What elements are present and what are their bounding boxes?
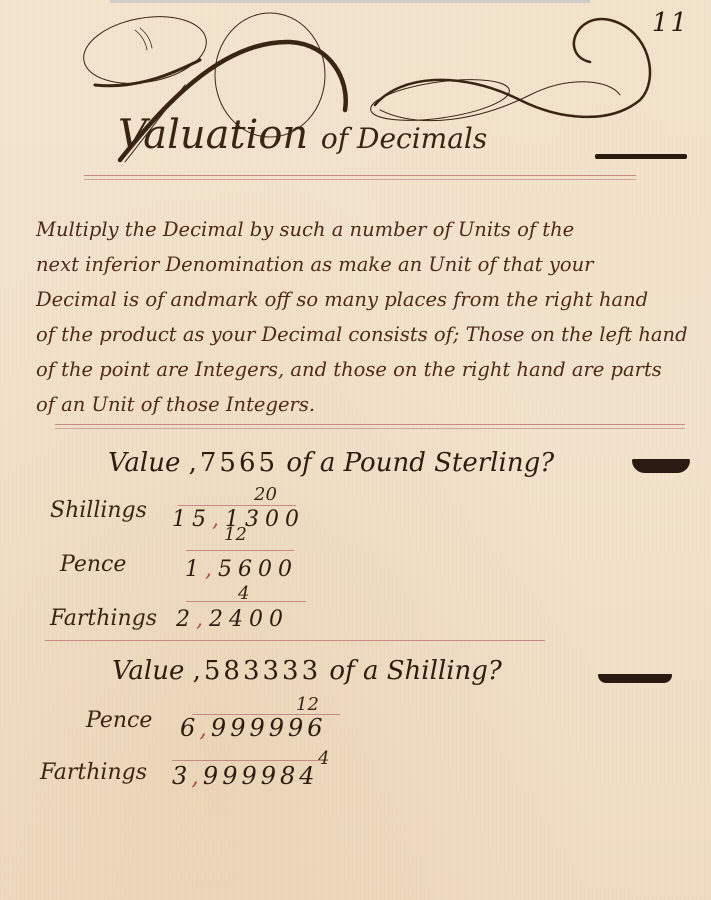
question-decimal: ,7565 (189, 448, 278, 478)
step-label: Pence (60, 552, 126, 577)
step-label: Farthings (40, 760, 147, 785)
decimal-mark: , (205, 557, 218, 582)
step-result: 6,999996 (180, 714, 327, 742)
step-result: 1,5600 (185, 557, 298, 582)
step-result: 3,999984 (172, 762, 319, 790)
multiplication-line (172, 760, 322, 761)
decimal-mark: , (196, 607, 209, 632)
decimal-mark: , (191, 762, 203, 790)
fraction-part: 999984 (203, 762, 319, 790)
step-result: 2,2400 (176, 607, 289, 632)
title-main: Valuation (118, 112, 308, 158)
fraction-part: 5600 (218, 557, 298, 582)
multiplier: 20 (254, 484, 277, 505)
multiplier: 12 (296, 694, 319, 715)
title-underline (84, 175, 636, 176)
step-label: Shillings (50, 498, 147, 523)
multiplication-line (186, 550, 294, 551)
page-title: Valuation of Decimals (118, 112, 487, 158)
multiplication-line (186, 601, 306, 602)
example-1-question: Value ,7565 of a Pound Sterling? (108, 448, 554, 478)
multiplier: 12 (224, 524, 247, 545)
step-label: Farthings (50, 606, 157, 631)
rule-line: Multiply the Decimal by such a number of… (36, 212, 696, 247)
step-label: Pence (86, 708, 152, 733)
fraction-part: 999996 (211, 714, 327, 742)
decimal-mark: , (199, 714, 211, 742)
question-prefix: Value (112, 656, 184, 686)
manuscript-page: 11 Valuation of Decimals Multiply the De… (0, 0, 711, 900)
example-2-question: Value ,583333 of a Shilling? (112, 656, 502, 686)
multiplication-line (178, 505, 296, 506)
fraction-part: 2400 (209, 607, 289, 632)
multiplier: 4 (318, 748, 329, 769)
integer-part: 2 (176, 607, 196, 632)
rule-line: next inferior Denomination as make an Un… (36, 247, 696, 282)
rule-paragraph: Multiply the Decimal by such a number of… (36, 212, 696, 422)
integer-part: 15 (172, 507, 212, 532)
ink-blot-dash (632, 459, 690, 473)
rule-line: of an Unit of those Integers. (36, 387, 696, 422)
calligraphic-flourish-icon (0, 0, 711, 200)
rule-line: of the point are Integers, and those on … (36, 352, 696, 387)
paragraph-underline (55, 424, 685, 425)
question-decimal: ,583333 (193, 656, 322, 686)
example-separator (45, 640, 545, 641)
question-prefix: Value (108, 448, 180, 478)
rule-line: of the product as your Decimal consists … (36, 317, 696, 352)
ink-blot-dash (598, 674, 672, 683)
integer-part: 6 (180, 714, 199, 742)
integer-part: 1 (185, 557, 205, 582)
title-rest: of Decimals (321, 122, 487, 155)
integer-part: 3 (172, 762, 191, 790)
title-end-dash (595, 154, 687, 159)
rule-line: Decimal is of andmark off so many places… (36, 282, 696, 317)
question-suffix: of a Shilling? (329, 656, 501, 686)
question-suffix: of a Pound Sterling? (286, 448, 554, 478)
